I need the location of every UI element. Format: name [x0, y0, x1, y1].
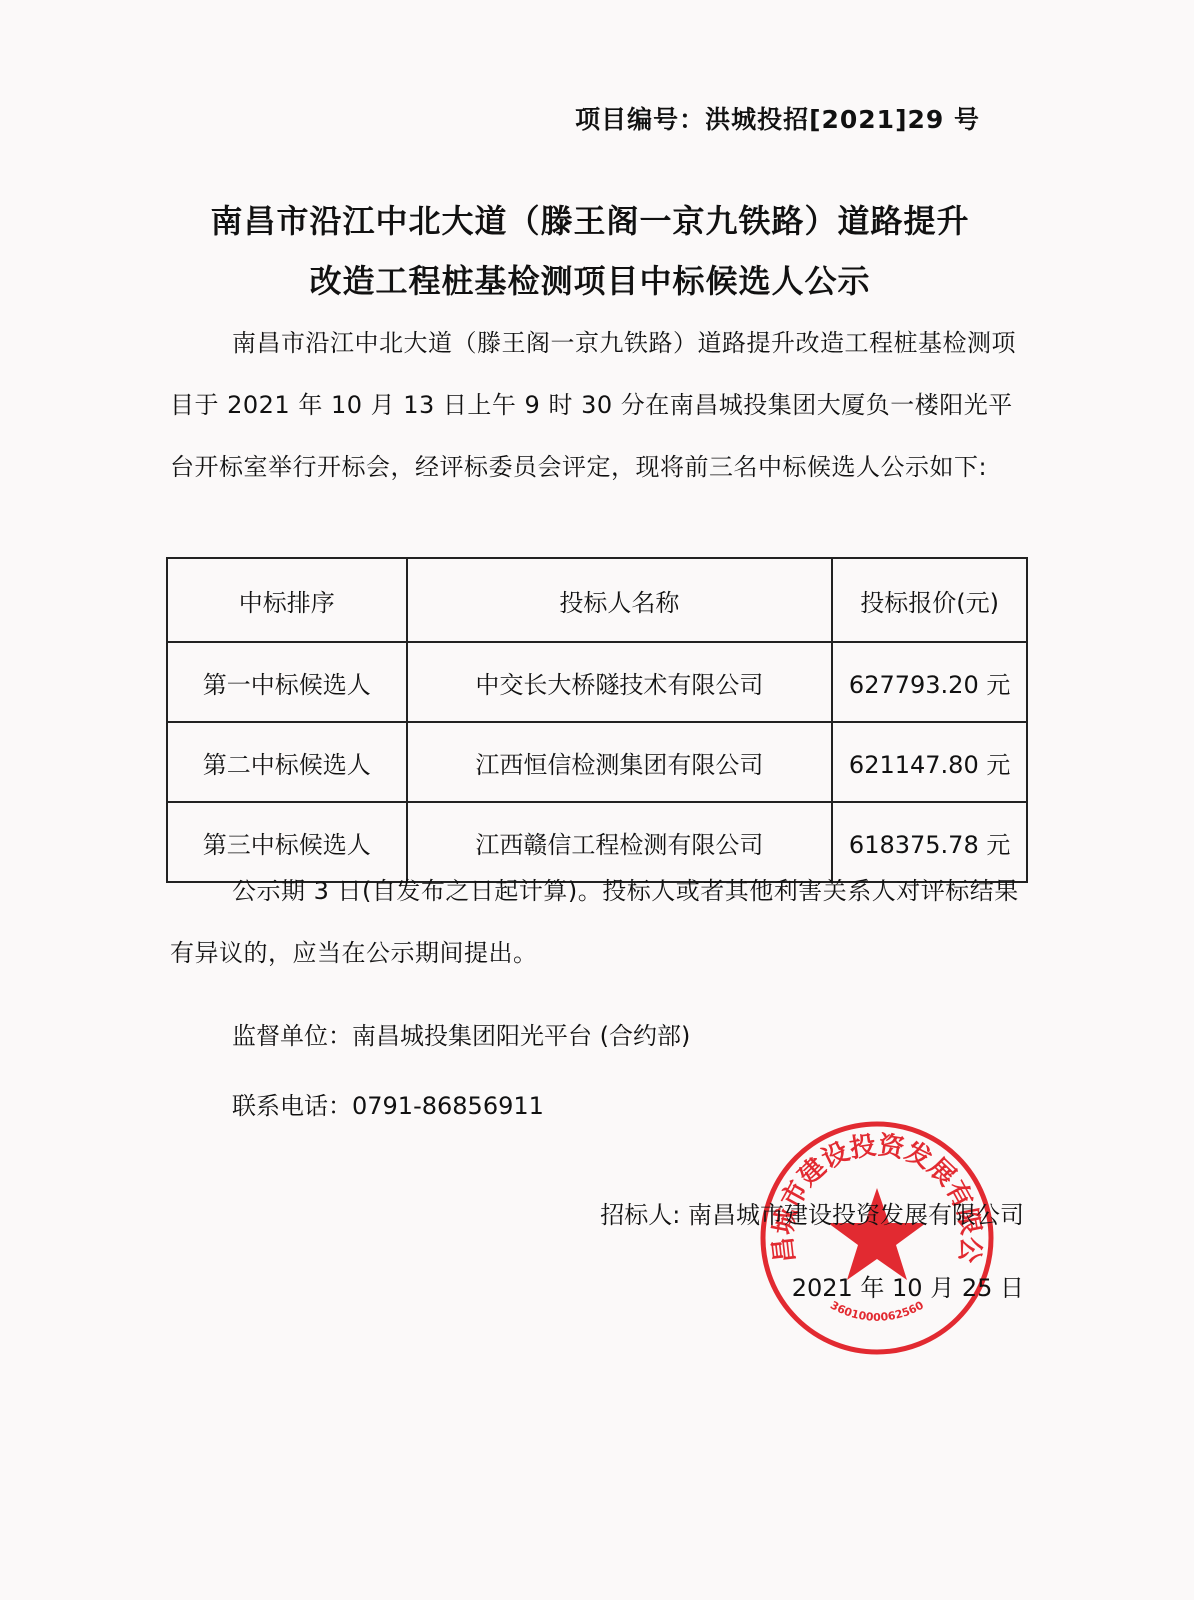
- tenderer-line: 招标人: 南昌城市建设投资发展有限公司: [600, 1195, 1024, 1230]
- rank-cell: 第一中标候选人: [167, 642, 407, 722]
- candidates-table: 中标排序 投标人名称 投标报价(元) 第一中标候选人 中交长大桥隧技术有限公司 …: [166, 557, 1028, 883]
- header-price: 投标报价(元): [832, 558, 1027, 642]
- project-number: 项目编号：洪城投招[2021]29 号: [575, 100, 980, 136]
- official-seal-icon: 南昌城市建设投资发展有限公司 3601000062560: [757, 1118, 997, 1358]
- notice-paragraph: 公示期 3 日(自发布之日起计算)。投标人或者其他利害关系人对评标结果有异议的，…: [170, 860, 1020, 984]
- header-bidder: 投标人名称: [407, 558, 833, 642]
- price-cell: 621147.80 元: [832, 722, 1027, 802]
- header-rank: 中标排序: [167, 558, 407, 642]
- contact-phone-line: 联系电话：0791-86856911: [232, 1086, 544, 1121]
- intro-paragraph: 南昌市沿江中北大道（滕王阁一京九铁路）道路提升改造工程桩基检测项目于 2021 …: [170, 312, 1020, 498]
- bidder-cell: 江西恒信检测集团有限公司: [407, 722, 833, 802]
- document-title-line-1: 南昌市沿江中北大道（滕王阁一京九铁路）道路提升: [150, 196, 1030, 242]
- price-cell: 627793.20 元: [832, 642, 1027, 722]
- table-header-row: 中标排序 投标人名称 投标报价(元): [167, 558, 1027, 642]
- supervisor-line: 监督单位：南昌城投集团阳光平台 (合约部): [232, 1016, 690, 1051]
- document-title-line-2: 改造工程桩基检测项目中标候选人公示: [150, 256, 1030, 302]
- table-row: 第二中标候选人 江西恒信检测集团有限公司 621147.80 元: [167, 722, 1027, 802]
- notice-text: 公示期 3 日(自发布之日起计算)。投标人或者其他利害关系人对评标结果有异议的，…: [170, 877, 1019, 967]
- bidder-cell: 中交长大桥隧技术有限公司: [407, 642, 833, 722]
- document-page: 项目编号：洪城投招[2021]29 号 南昌市沿江中北大道（滕王阁一京九铁路）道…: [0, 0, 1194, 1600]
- issue-date: 2021 年 10 月 25 日: [792, 1268, 1024, 1303]
- intro-text: 南昌市沿江中北大道（滕王阁一京九铁路）道路提升改造工程桩基检测项目于 2021 …: [170, 329, 1016, 481]
- table-row: 第一中标候选人 中交长大桥隧技术有限公司 627793.20 元: [167, 642, 1027, 722]
- rank-cell: 第二中标候选人: [167, 722, 407, 802]
